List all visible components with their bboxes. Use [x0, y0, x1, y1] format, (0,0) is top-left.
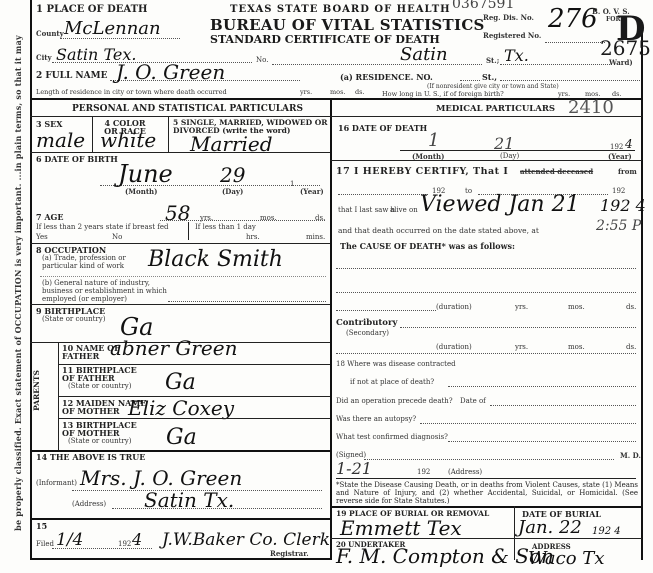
dob-day: 29 [220, 163, 245, 187]
burial-place-value: Emmett Tex [340, 516, 462, 540]
certify-label: 17 I HEREBY CERTIFY, That I [336, 166, 508, 177]
cause-line-2 [336, 292, 636, 293]
mother-value: Eliz Coxey [128, 396, 234, 420]
cause-of-death-label: The CAUSE OF DEATH* was as follows: [340, 241, 515, 251]
residence-label: (a) RESIDENCE. NO. [340, 72, 433, 82]
nonresident-note: (If nonresident give city or town and St… [427, 83, 559, 90]
column-divider [330, 100, 332, 560]
filed-label: Filed [36, 540, 54, 548]
dod-year-prefix: 192 [610, 143, 623, 151]
cause-footnote: *State the Disease Causing Death, or in … [336, 481, 638, 505]
filed-rule [30, 518, 330, 520]
age-label: 7 AGE [36, 212, 64, 222]
filed-year: 4 [132, 530, 142, 549]
last-saw-label: that I last saw h [338, 206, 395, 214]
age-ds: ds. [315, 214, 325, 222]
dob-rule [30, 152, 330, 153]
occupation-b-line [168, 301, 326, 302]
board-title: TEXAS STATE BOARD OF HEALTH [230, 4, 451, 15]
frame-right [641, 30, 643, 560]
city-label: City [36, 53, 52, 62]
age-mos: mos. [260, 214, 277, 222]
test-label: What test confirmed diagnosis? [336, 433, 448, 441]
not-place-label: if not at place of death? [350, 378, 434, 386]
dob-year: 1 [290, 180, 294, 188]
death-occurred-label: and that death occurred on the date stat… [338, 226, 539, 235]
filed-date: 1/4 [56, 530, 83, 550]
undertaker-value: F. M. Compton & Son [336, 544, 554, 568]
length-mos: mos. [330, 88, 345, 96]
above-true-label: 14 THE ABOVE IS TRUE [36, 452, 145, 462]
date-of-label: Date of [460, 397, 486, 405]
mother-birthplace-label: 13 BIRTHPLACE OF MOTHER [62, 421, 152, 437]
file-number: 0367591 [452, 0, 514, 12]
death-time-value: 2:55 P [596, 218, 641, 234]
dob-day-caption: (Day) [222, 187, 243, 196]
mother-birthplace-sub: (State or country) [68, 437, 131, 445]
signed-address-label: (Address) [448, 468, 482, 476]
foreign-birth-label: How long in U. S., if of foreign birth? [382, 90, 504, 98]
hrs-label: hrs. [246, 233, 260, 241]
breastfed-no: No [112, 233, 122, 241]
alive-on-label: alive on [390, 206, 418, 214]
informant-label: (Informant) [36, 479, 77, 487]
autopsy-label: Was there an autopsy? [336, 415, 416, 423]
operation-label: Did an operation precede death? [336, 397, 453, 405]
autopsy-line [420, 423, 636, 424]
personal-section-title: PERSONAL AND STATISTICAL PARTICULARS [72, 104, 303, 114]
color-marital-divider [168, 116, 169, 152]
mins-label: mins. [306, 233, 325, 241]
contributory-duration-line [336, 353, 636, 354]
county-value: McLennan [64, 18, 161, 39]
registrar-label: Registrar. [270, 549, 309, 558]
dob-label: 6 DATE OF BIRTH [36, 154, 118, 164]
frame-bottom [30, 558, 330, 560]
filed-year-prefix: 192 [118, 540, 131, 548]
bureau-title: BUREAU OF VITAL STATISTICS [210, 16, 485, 34]
occupation-a-line [40, 276, 326, 277]
form-label: FORM [606, 16, 612, 23]
dod-label: 16 DATE OF DEATH [338, 123, 427, 133]
length-yrs: yrs. [300, 88, 312, 96]
signed-line [364, 459, 614, 460]
burial-date-year: 192 4 [592, 526, 621, 537]
burial-date-value: Jan. 22 [518, 517, 582, 538]
sex-color-divider [92, 116, 93, 152]
ward-label: Ward) [609, 58, 633, 67]
cause-line-1 [336, 268, 636, 269]
occupation-rule [30, 243, 330, 244]
address-label: (Address) [72, 500, 106, 508]
parents-label: PARENTS [32, 370, 41, 411]
length-ds: ds. [355, 88, 365, 96]
duration-ds: ds. [626, 303, 636, 311]
place-of-death-label: 1 PLACE OF DEATH [36, 4, 148, 15]
dob-month-caption: (Month) [125, 187, 157, 196]
birthplace-sub: (State or country) [42, 315, 105, 323]
father-birthplace-label: 11 BIRTHPLACE OF FATHER [62, 366, 152, 382]
undertaker-rule [330, 538, 642, 539]
from-line [338, 194, 428, 195]
duration-line [336, 310, 436, 311]
contributory-line [400, 327, 636, 328]
father-value: abner Green [110, 336, 237, 360]
father-birthplace-sub: (State or country) [68, 382, 131, 390]
color-value: white [100, 128, 156, 152]
form-number: 2675 [600, 36, 651, 60]
full-name-value: J. O. Green [116, 60, 225, 84]
no-label: No. [256, 56, 268, 64]
duration-mos: mos. [568, 303, 585, 311]
personal-title-rule [30, 116, 330, 117]
header-divider [30, 98, 642, 100]
signed-year: 192 [417, 468, 430, 476]
registrar-signature: J.W.Baker Co. Clerk [162, 530, 330, 550]
st-value: Tx. [504, 46, 529, 65]
occupation-b-label: (b) General nature of industry, business… [42, 279, 182, 303]
occupation-a-label: (a) Trade, profession or particular kind… [42, 254, 152, 270]
mother-birthplace-value: Ga [166, 425, 197, 450]
contributory-mos: mos. [568, 343, 585, 351]
date-of-line [490, 405, 636, 406]
residence-st-line [500, 80, 640, 81]
reg-dis-label: Reg. Dis. No. [483, 13, 534, 22]
undertaker-address-value: Waco Tx [528, 548, 604, 569]
burial-rule [330, 506, 642, 508]
occupation-value: Black Smith [148, 247, 283, 272]
st-line [500, 64, 610, 65]
no-value: Satin [400, 44, 448, 65]
less-day-label: If less than 1 day [195, 223, 256, 231]
father-birthplace-value: Ga [165, 370, 196, 395]
to-192: 192 [612, 187, 625, 195]
dod-month: 1 [428, 130, 439, 151]
residence-no-line [460, 80, 480, 81]
mother-bp-rule [58, 418, 330, 419]
alive-on-value: Viewed Jan 21 [420, 192, 580, 217]
secondary-label: (Secondary) [346, 329, 389, 337]
duration-yrs: yrs. [515, 303, 528, 311]
no-line [272, 64, 482, 65]
not-place-line [448, 386, 636, 387]
contributory-ds: ds. [626, 343, 636, 351]
breastfed-yes: Yes [36, 233, 48, 241]
test-line [448, 441, 636, 442]
certify-from: from [618, 167, 637, 176]
side-instruction-text: be properly classified. Exact statement … [13, 3, 23, 563]
medical-section-title: MEDICAL PARTICULARS [436, 104, 555, 114]
contributory-yrs: yrs. [515, 343, 528, 351]
registered-line [545, 42, 605, 43]
address-value: Satin Tx. [144, 488, 234, 512]
signed-date: 1-21 [336, 459, 372, 478]
contributory-label: Contributory [336, 318, 397, 328]
dod-day-caption: (Day) [500, 152, 519, 160]
certify-struck-text: attended deceased [520, 167, 593, 176]
sex-value: male [36, 128, 85, 152]
breastfed-label: If less than 2 years state if breast fed [36, 223, 169, 231]
medical-section-number: 2410 [568, 97, 614, 118]
certify-rule [330, 160, 642, 161]
frame-left [30, 0, 32, 560]
birthplace-rule [30, 304, 330, 305]
registered-label: Registered No. [483, 31, 541, 40]
dob-month: June [118, 160, 173, 188]
reg-dis-value: 276 [548, 4, 598, 34]
residence-st-label: St., [482, 72, 497, 82]
filed-section-number: 15 [36, 521, 47, 531]
full-name-label: 2 FULL NAME [36, 71, 107, 81]
dod-day: 21 [494, 134, 514, 153]
dod-year: 4 [625, 137, 633, 151]
age-yrs: yrs. [200, 214, 213, 222]
duration-label: (duration) [436, 303, 472, 311]
dob-year-caption: (Year) [300, 187, 324, 196]
age-value: 58 [165, 201, 190, 225]
informant-value: Mrs. J. O. Green [80, 466, 242, 490]
contracted-label: 18 Where was disease contracted [336, 360, 456, 368]
length-residence-label: Length of residence in city or town wher… [36, 88, 227, 96]
md-label: M. D. [620, 451, 641, 460]
alive-year: 192 4 [600, 196, 646, 215]
county-label: County [36, 29, 64, 38]
breastfed-divider [188, 222, 189, 240]
contributory-duration-label: (duration) [436, 343, 472, 351]
st-label: St.; [486, 56, 499, 65]
signed-address-line [336, 478, 636, 479]
signed-label: (Signed) [336, 451, 366, 459]
medical-title-rule [330, 116, 642, 117]
